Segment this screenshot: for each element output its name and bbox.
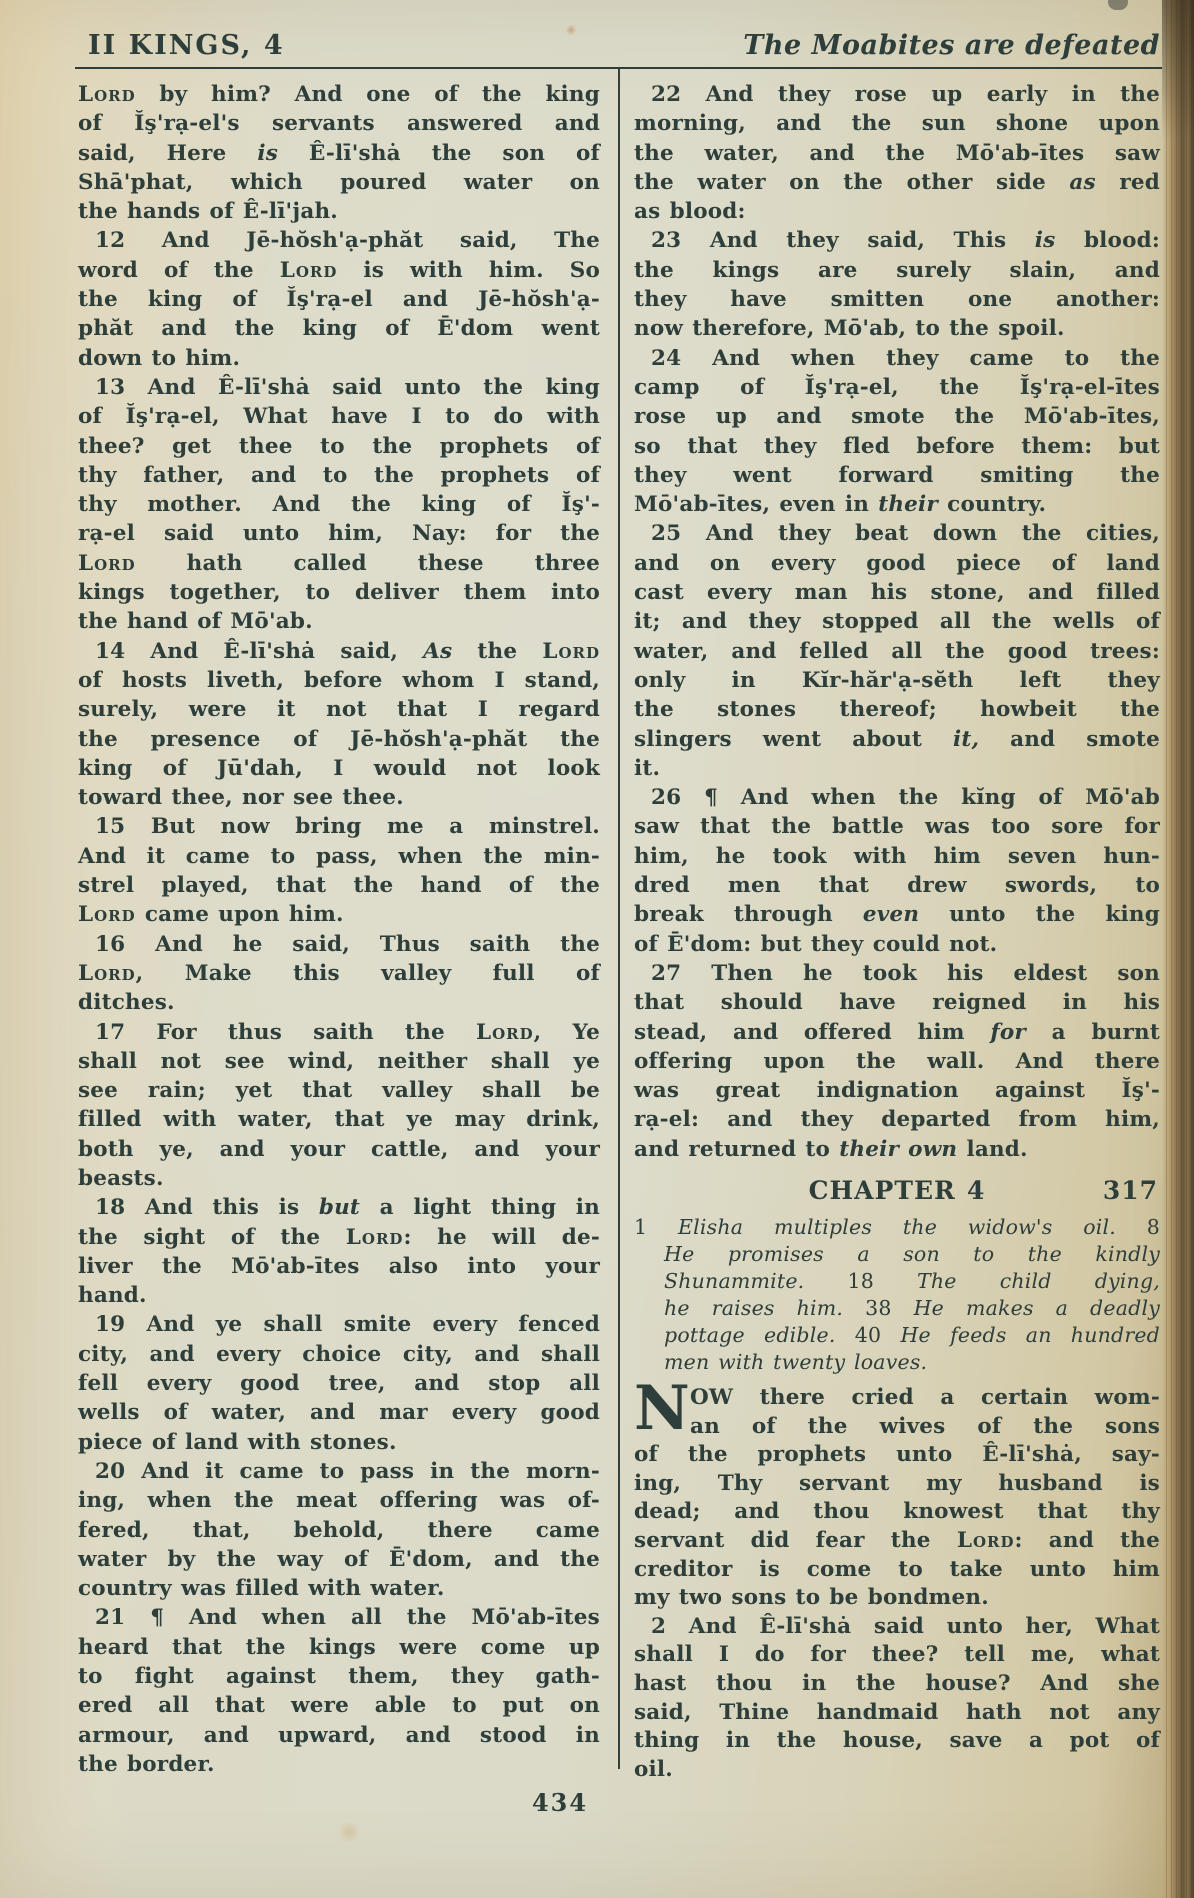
styled-word: it,	[953, 727, 979, 752]
text-line: water, and felled all the good trees:	[634, 637, 1160, 666]
text-line: 27 Then he took his eldest son	[634, 959, 1160, 988]
text-line: 18 And this is but a light thing in	[78, 1193, 600, 1222]
small-caps-word: Lord	[346, 1225, 404, 1250]
text-line: king of Jū'dah, I would not look	[78, 754, 600, 783]
text-line: thy father, and to the prophets of	[78, 461, 600, 490]
text-line: said, Thine handmaid hath not any	[634, 1699, 1160, 1728]
text-line: the border.	[78, 1750, 600, 1779]
styled-word: is	[1035, 228, 1056, 253]
text-line: saw that the battle was too sore for	[634, 812, 1160, 841]
styled-word: 1	[634, 1215, 647, 1239]
text-line: toward thee, nor see thee.	[78, 783, 600, 812]
text-line: to fight against them, they gath-	[78, 1662, 600, 1691]
text-line: armour, and upward, and stood in	[78, 1721, 600, 1750]
text-line: 15 But now bring me a minstrel.	[78, 812, 600, 841]
page-number: 434	[0, 1788, 1120, 1817]
small-caps-word: Lord	[78, 961, 136, 986]
small-caps-word: Lord	[542, 639, 600, 664]
text-line: kings together, to deliver them into	[78, 578, 600, 607]
column-divider-rule	[618, 69, 620, 1769]
text-line: the hands of Ê-lī'jah.	[78, 197, 600, 226]
styled-word: is	[257, 141, 278, 166]
text-line: heard that the kings were come up	[78, 1633, 600, 1662]
text-line: 25 And they beat down the cities,	[634, 519, 1160, 548]
text-line: Shā'phat, which poured water on	[78, 168, 600, 197]
text-line: they have smitten one another:	[634, 285, 1160, 314]
text-line: oil.	[634, 1756, 1160, 1785]
text-line: dred men that drew swords, to	[634, 871, 1160, 900]
text-line: rạ-el said unto him, Nay: for the	[78, 519, 600, 548]
text-line: Mō'ab-ītes, even in their country.	[634, 490, 1160, 519]
text-line: was great indignation against Ĭş'-	[634, 1076, 1160, 1105]
styled-word: 18	[847, 1269, 874, 1293]
paper-stain	[566, 24, 576, 36]
text-line: Lord hath called these three	[78, 549, 600, 578]
text-line: country was filled with water.	[78, 1574, 600, 1603]
text-line: 21 ¶ And when all the Mō'ab-ītes	[78, 1603, 600, 1632]
text-line: thy mother. And the king of Ĭş'-	[78, 490, 600, 519]
text-line: 19 And ye shall smite every fenced	[78, 1310, 600, 1339]
small-caps-word: Lord	[957, 1528, 1015, 1553]
styled-word: 40	[855, 1323, 882, 1347]
book-page-edge-shadow	[1162, 0, 1194, 1898]
text-line: shall not see wind, neither shall ye	[78, 1047, 600, 1076]
text-line: the hand of Mō'ab.	[78, 607, 600, 636]
text-line: break through even unto the king	[634, 900, 1160, 929]
text-line: hand.	[78, 1281, 600, 1310]
text-line: offering upon the wall. And there	[634, 1047, 1160, 1076]
text-line: ing, when the meat offering was of-	[78, 1486, 600, 1515]
text-line: strel played, that the hand of the	[78, 871, 600, 900]
text-line: now therefore, Mō'ab, to the spoil.	[634, 314, 1160, 343]
small-caps-word: Lord	[280, 258, 338, 283]
text-line: ditches.	[78, 988, 600, 1017]
text-line: dead; and thou knowest that thy	[634, 1498, 1160, 1527]
text-line: fered, that, behold, there came	[78, 1516, 600, 1545]
text-line: OW there cried a certain wom-	[634, 1384, 1160, 1413]
text-line: fell every good tree, and stop all	[78, 1369, 600, 1398]
text-line: cast every man his stone, and filled	[634, 578, 1160, 607]
text-line: he raises him. 38 He makes a deadly	[634, 1295, 1160, 1322]
styled-word: for	[990, 1020, 1026, 1045]
text-line: thee? get thee to the prophets of	[78, 432, 600, 461]
running-head-book-title: II KINGS, 4	[88, 30, 285, 61]
text-line: He promises a son to the kindly	[634, 1241, 1160, 1268]
text-line: piece of land with stones.	[78, 1428, 600, 1457]
text-line: 1 Elisha multiples the widow's oil. 8	[634, 1214, 1160, 1241]
text-line: Lord by him? And one of the king	[78, 80, 600, 109]
bible-page-scan: II KINGS, 4 The Moabites are defeated Lo…	[0, 0, 1194, 1898]
text-line: an of the wives of the sons	[634, 1413, 1160, 1442]
text-line: filled with water, that ye may drink,	[78, 1105, 600, 1134]
text-line: beasts.	[78, 1164, 600, 1193]
text-line: 12 And Jē-hŏsh'ạ-phăt said, The	[78, 226, 600, 255]
text-line: 17 For thus saith the Lord, Ye	[78, 1018, 600, 1047]
running-header: II KINGS, 4 The Moabites are defeated	[75, 30, 1162, 66]
text-line: rạ-el: and they departed from him,	[634, 1105, 1160, 1134]
text-line: creditor is come to take unto him	[634, 1556, 1160, 1585]
text-line: the water on the other side as red	[634, 168, 1160, 197]
styled-word: 38	[865, 1296, 892, 1320]
text-line: Shunammite. 18 The child dying,	[634, 1268, 1160, 1295]
chapter-heading-row: CHAPTER 4 317	[634, 1176, 1160, 1208]
paper-stain	[336, 1822, 362, 1842]
text-line: of Ĭş'rạ-el's servants answered and	[78, 109, 600, 138]
text-line: rose up and smote the Mō'ab-ītes,	[634, 402, 1160, 431]
text-line: of hosts liveth, before whom I stand,	[78, 666, 600, 695]
text-line: city, and every choice city, and shall	[78, 1340, 600, 1369]
text-line: that should have reigned in his	[634, 988, 1160, 1017]
styled-word: their own	[839, 1137, 957, 1162]
running-head-subject: The Moabites are defeated	[743, 30, 1160, 61]
text-line: word of the Lord is with him. So	[78, 256, 600, 285]
text-line: and on every good piece of land	[634, 549, 1160, 578]
text-line: stead, and offered him for a burnt	[634, 1018, 1160, 1047]
text-line: of Ĭş'rạ-el, What have I to do with	[78, 402, 600, 431]
text-line: 16 And he said, Thus saith the	[78, 930, 600, 959]
chapter3-verses: 22 And they rose up early in themorning,…	[634, 80, 1160, 1164]
styled-word: even	[863, 902, 919, 927]
text-line: it.	[634, 754, 1160, 783]
text-line: my two sons to be bondmen.	[634, 1584, 1160, 1613]
text-line: of the prophets unto Ê-lī'shȧ, say-	[634, 1441, 1160, 1470]
chapter-heading: CHAPTER 4	[809, 1176, 986, 1205]
text-line: both ye, and your cattle, and your	[78, 1135, 600, 1164]
text-line: only in Kĭr-hăr'ạ-sĕth left they	[634, 666, 1160, 695]
text-line: the stones thereof; howbeit the	[634, 695, 1160, 724]
drop-cap-letter: N	[634, 1381, 690, 1437]
text-line: men with twenty loaves.	[634, 1349, 1160, 1376]
text-line: so that they fled before them: but	[634, 432, 1160, 461]
small-caps-word: Lord	[78, 551, 136, 576]
text-line: ing, Thy servant my husband is	[634, 1470, 1160, 1499]
text-line: it; and they stopped all the wells of	[634, 607, 1160, 636]
text-line: the king of Ĭş'rạ-el and Jē-hŏsh'ạ-	[78, 285, 600, 314]
text-line: 2 And Ê-lī'shȧ said unto her, What	[634, 1613, 1160, 1642]
text-line: 22 And they rose up early in the	[634, 80, 1160, 109]
text-line: servant did fear the Lord: and the	[634, 1527, 1160, 1556]
text-line: water by the way of Ē'dom, and the	[78, 1545, 600, 1574]
right-text-column: 22 And they rose up early in themorning,…	[634, 80, 1160, 1784]
text-line: phăt and the king of Ē'dom went	[78, 314, 600, 343]
text-line: liver the Mō'ab-ītes also into your	[78, 1252, 600, 1281]
text-line: morning, and the sun shone upon	[634, 109, 1160, 138]
text-line: down to him.	[78, 344, 600, 373]
text-line: hast thou in the house? And she	[634, 1670, 1160, 1699]
chapter4-verses: N OW there cried a certain wom-an of the…	[634, 1384, 1160, 1784]
small-caps-word: Lord	[476, 1020, 534, 1045]
text-line: said, Here is Ê-lī'shȧ the son of	[78, 139, 600, 168]
styled-word: As	[423, 639, 452, 664]
text-line: And it came to pass, when the min-	[78, 842, 600, 871]
text-line: the presence of Jē-hŏsh'ạ-phăt the	[78, 725, 600, 754]
text-line: slingers went about it, and smote	[634, 725, 1160, 754]
text-line: thing in the house, save a pot of	[634, 1727, 1160, 1756]
text-line: surely, were it not that I regard	[78, 695, 600, 724]
text-line: as blood:	[634, 197, 1160, 226]
page-top-blemish	[1108, 0, 1128, 10]
styled-word: as	[1069, 170, 1095, 195]
text-line: 26 ¶ And when the kĭng of Mō'ab	[634, 783, 1160, 812]
text-line: camp of Ĭş'rạ-el, the Ĭş'rạ-el-ītes	[634, 373, 1160, 402]
text-line: 13 And Ê-lī'shȧ said unto the king	[78, 373, 600, 402]
text-line: 20 And it came to pass in the morn-	[78, 1457, 600, 1486]
text-line: wells of water, and mar every good	[78, 1398, 600, 1427]
text-line: see rain; yet that valley shall be	[78, 1076, 600, 1105]
text-line: him, he took with him seven hun-	[634, 842, 1160, 871]
styled-word: but	[319, 1195, 360, 1220]
small-caps-word: Lord	[78, 902, 136, 927]
text-line: 14 And Ê-lī'shȧ said, As the Lord	[78, 637, 600, 666]
text-line: pottage edible. 40 He feeds an hundred	[634, 1322, 1160, 1349]
text-line: the kings are surely slain, and	[634, 256, 1160, 285]
small-caps-word: Lord	[78, 82, 136, 107]
chapter-summary: 1 Elisha multiples the widow's oil. 8He …	[634, 1214, 1160, 1376]
text-line: 24 And when they came to the	[634, 344, 1160, 373]
left-text-column: Lord by him? And one of the kingof Ĭş'rạ…	[78, 80, 600, 1779]
column-number: 317	[1103, 1176, 1158, 1206]
text-line: the sight of the Lord: he will de-	[78, 1223, 600, 1252]
text-line: they went forward smiting the	[634, 461, 1160, 490]
styled-word: their	[878, 492, 938, 517]
text-line: of Ē'dom: but they could not.	[634, 930, 1160, 959]
text-line: Lord, Make this valley full of	[78, 959, 600, 988]
text-line: and returned to their own land.	[634, 1135, 1160, 1164]
text-line: Lord came upon him.	[78, 900, 600, 929]
chapter4-verse-lines: OW there cried a certain wom-an of the w…	[634, 1384, 1160, 1784]
text-line: ered all that were able to put on	[78, 1691, 600, 1720]
text-line: 23 And they said, This is blood:	[634, 226, 1160, 255]
text-line: the water, and the Mō'ab-ītes saw	[634, 139, 1160, 168]
styled-word: 8	[1147, 1215, 1160, 1239]
text-line: shall I do for thee? tell me, what	[634, 1641, 1160, 1670]
